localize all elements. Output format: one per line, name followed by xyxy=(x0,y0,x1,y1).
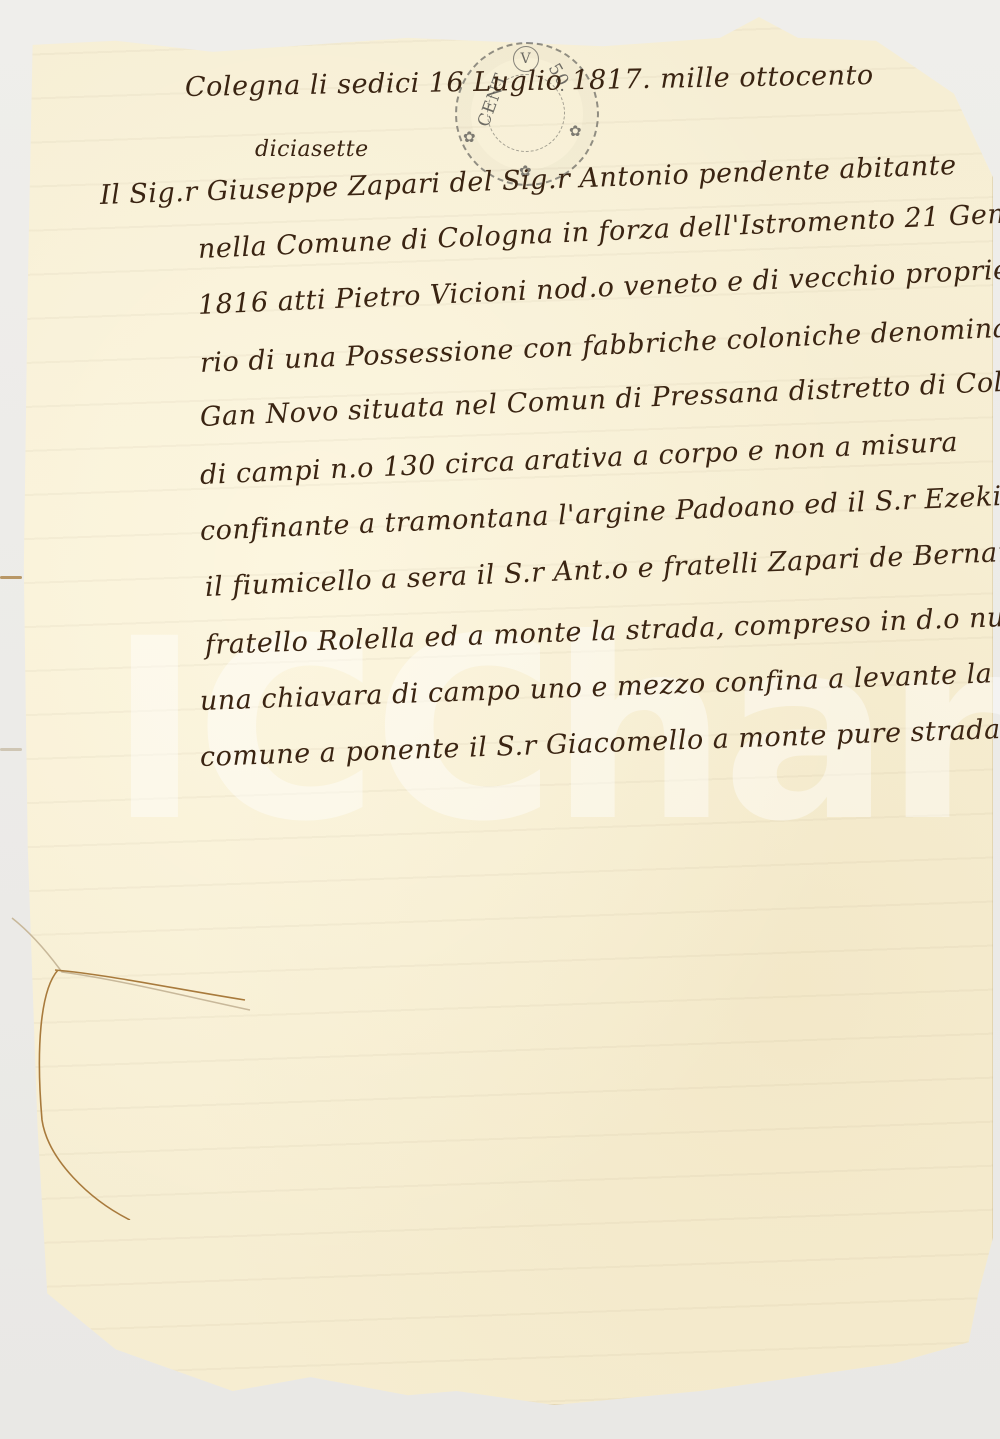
rosette-icon: ✿ xyxy=(569,122,582,141)
rosette-icon: ✿ xyxy=(463,128,476,147)
binding-thread-top xyxy=(0,576,22,579)
document-scan: CENT V 50. ✿ ✿ ✿ ICCharta Colegna li sed… xyxy=(0,0,1000,1439)
binding-thread-bottom xyxy=(0,748,22,751)
text-line: diciasette xyxy=(255,137,369,162)
